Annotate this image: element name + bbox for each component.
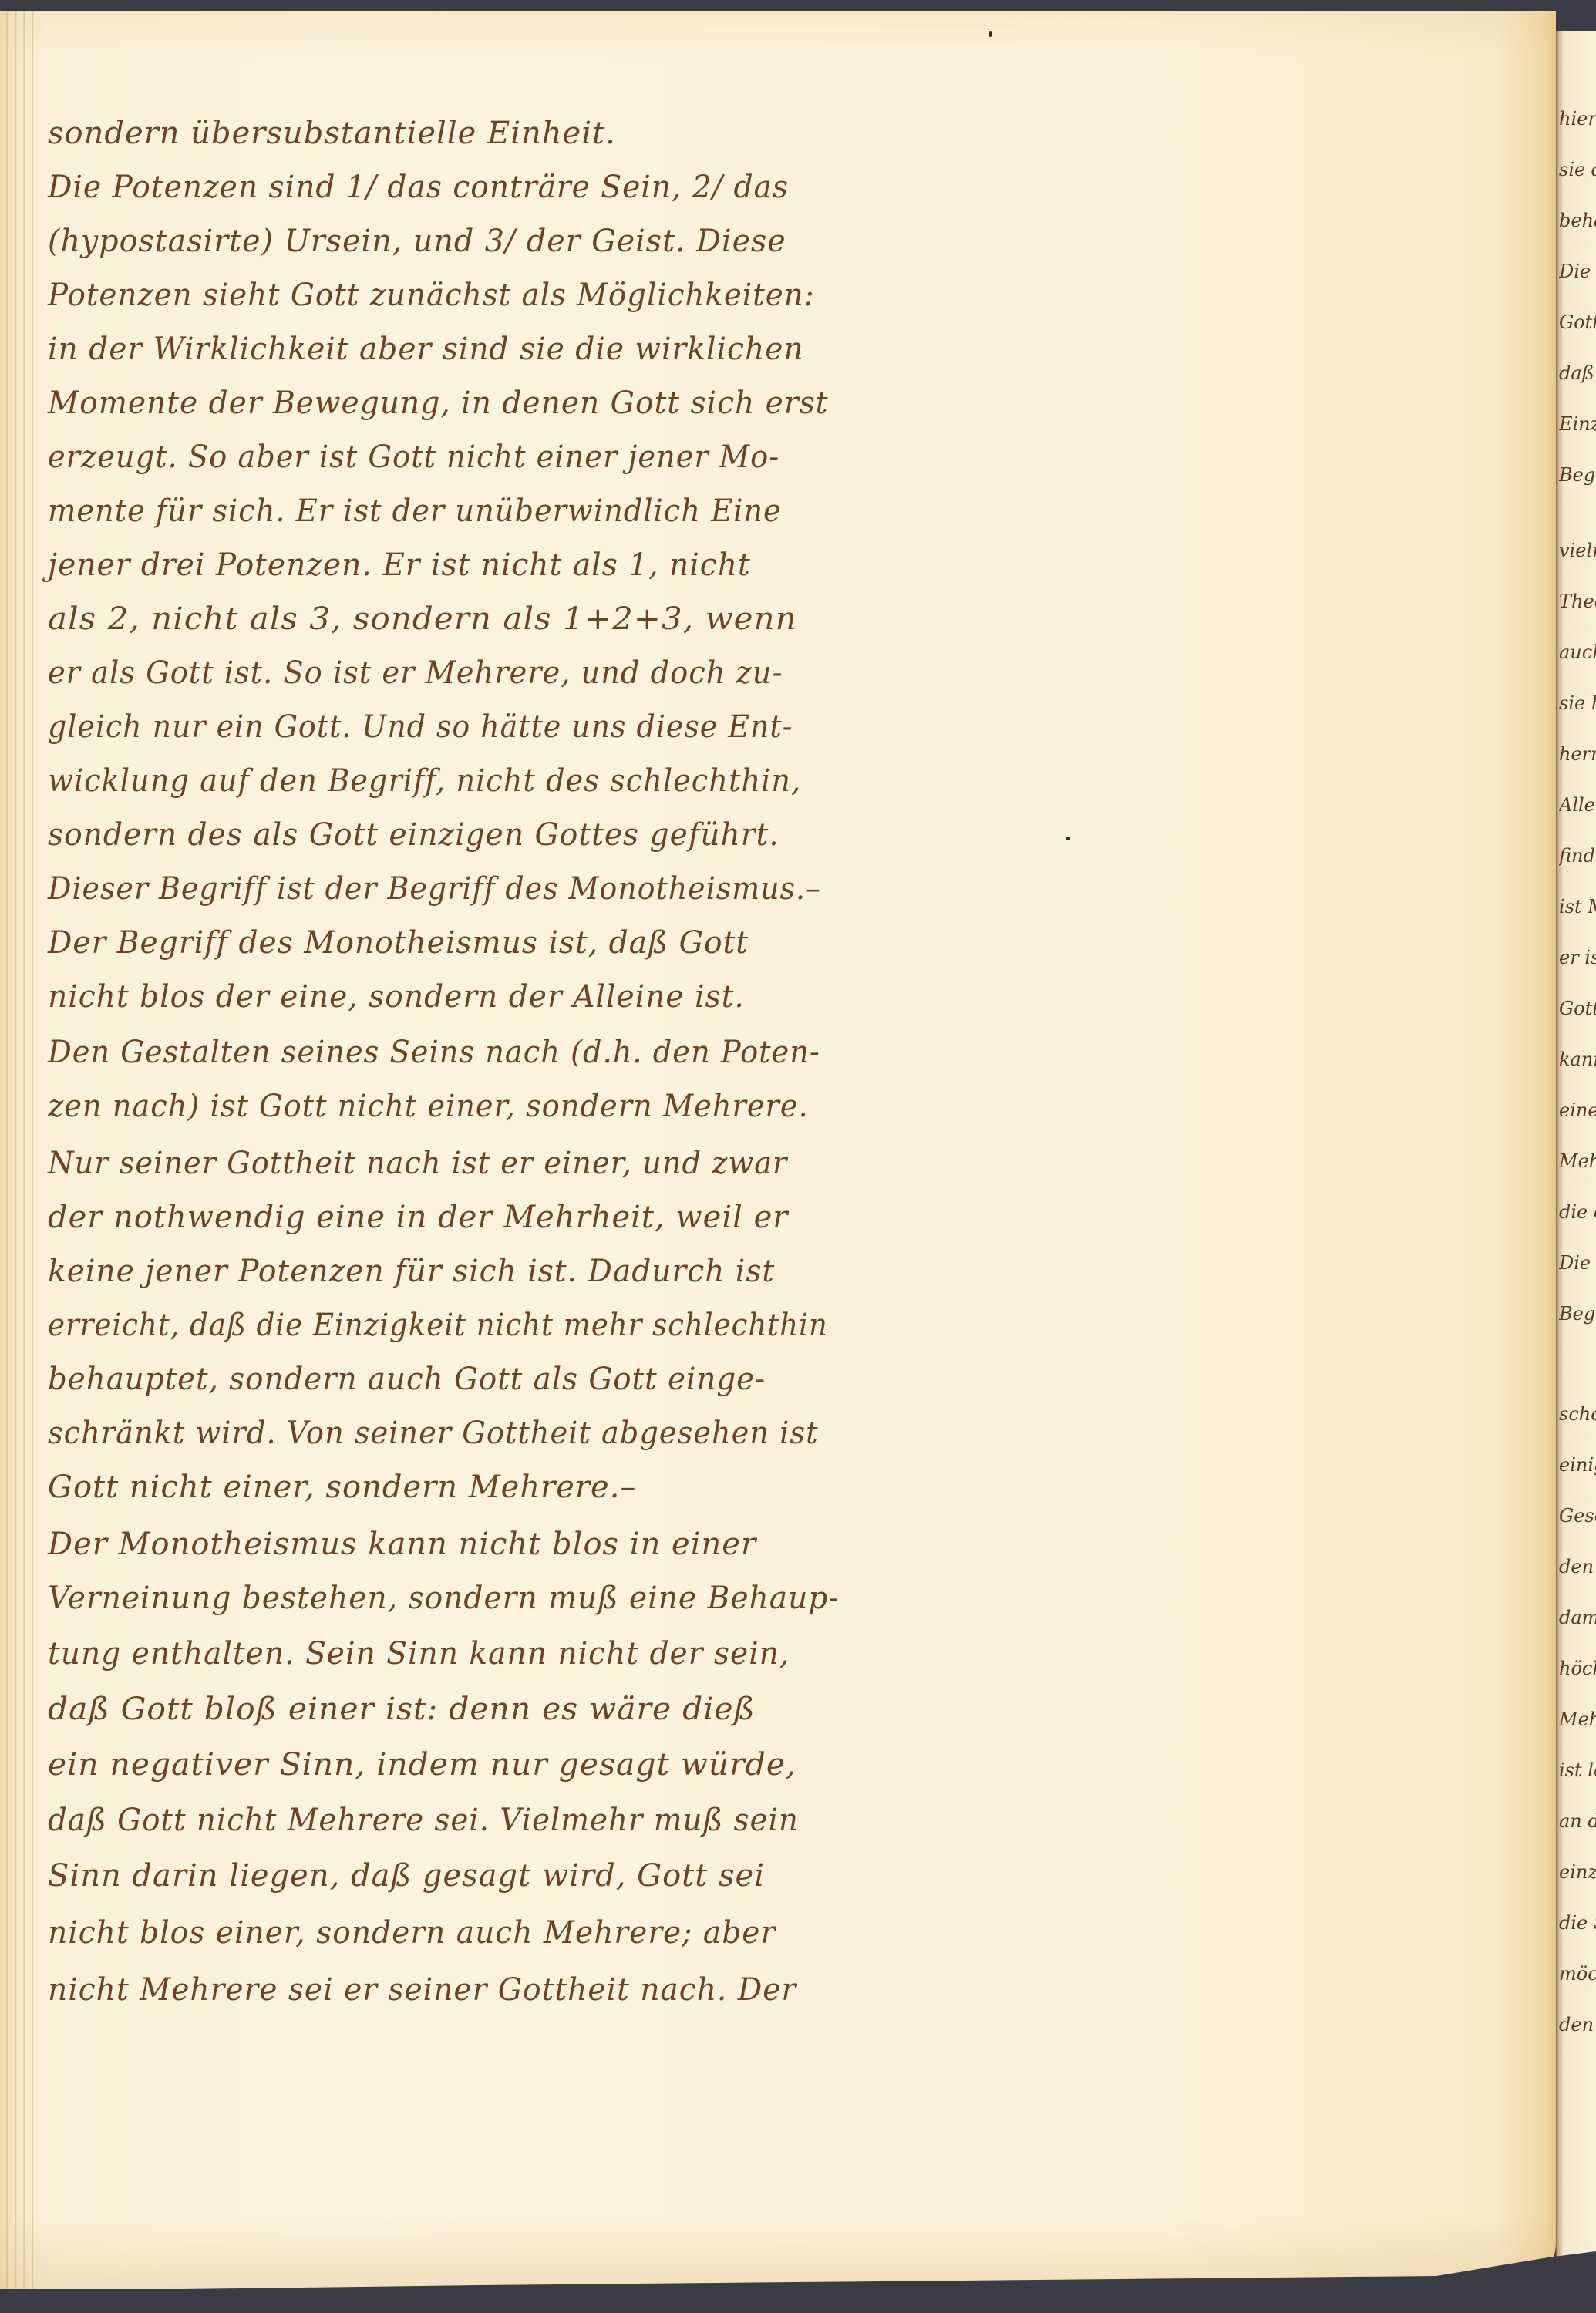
text-line: tung enthalten. Sein Sinn kann nicht der…: [48, 1636, 790, 1672]
adjacent-text-fragment: Mehrere fe: [1559, 1709, 1596, 1730]
adjacent-text-fragment: herrschend g: [1559, 743, 1596, 765]
adjacent-text-fragment: auch Tota: [1559, 641, 1596, 663]
adjacent-text-fragment: höchsten, d: [1559, 1658, 1596, 1679]
adjacent-text-fragment: die Stadt: [1559, 1912, 1596, 1934]
adjacent-text-fragment: damit ist: [1559, 1607, 1596, 1628]
binding-gutter: [0, 11, 37, 2289]
adjacent-text-fragment: den einzig: [1559, 1556, 1596, 1577]
text-line: schränkt wird. Von seiner Gottheit abges…: [48, 1416, 818, 1451]
text-line: Verneinung bestehen, sondern muß eine Be…: [48, 1581, 840, 1616]
adjacent-text-fragment: Die Einheit: [1559, 261, 1596, 282]
adjacent-text-fragment: Die Einh: [1559, 1252, 1596, 1274]
adjacent-text-fragment: sie die Ein: [1559, 159, 1596, 180]
adjacent-text-fragment: den Theolog: [1559, 2014, 1596, 2035]
adjacent-text-fragment: sie herrsch: [1559, 692, 1596, 714]
text-line: gleich nur ein Gott. Und so hätte uns di…: [48, 709, 793, 745]
adjacent-text-fragment: Gott vielm: [1559, 311, 1596, 333]
text-line: Nur seiner Gottheit nach ist er einer, u…: [48, 1146, 787, 1181]
adjacent-text-fragment: ist Mehrere: [1559, 896, 1596, 917]
text-line: Der Monotheismus kann nicht blos in eine…: [48, 1527, 756, 1562]
adjacent-text-fragment: einen Gott: [1559, 1099, 1596, 1121]
adjacent-text-fragment: er ist der: [1559, 947, 1596, 968]
text-line: zen nach) ist Gott nicht einer, sondern …: [48, 1089, 809, 1124]
text-line: daß Gott nicht Mehrere sei. Vielmehr muß…: [48, 1803, 799, 1838]
ink-speck: [1066, 837, 1070, 840]
text-line: er als Gott ist. So ist er Mehrere, und …: [48, 655, 783, 691]
text-line: der nothwendig eine in der Mehrheit, wei…: [48, 1200, 788, 1235]
adjacent-text-fragment: an das Ch: [1559, 1810, 1596, 1832]
text-line: Momente der Bewegung, in denen Gott sich…: [48, 385, 828, 421]
text-line: Sinn darin liegen, daß gesagt wird, Gott…: [48, 1858, 765, 1894]
adjacent-text-fragment: behauptet w: [1559, 210, 1596, 231]
adjacent-text-fragment: schon, Sei: [1559, 1403, 1596, 1425]
adjacent-text-fragment: kann erst G: [1559, 1049, 1596, 1070]
text-line: sondern übersubstantielle Einheit.: [48, 116, 616, 151]
text-line: nicht blos einer, sondern auch Mehrere; …: [48, 1915, 776, 1951]
text-line: Die Potenzen sind 1/ das conträre Sein, …: [48, 170, 789, 205]
adjacent-text-fragment: Alleinzig: [1559, 794, 1596, 816]
text-line: Der Begriff des Monotheismus ist, daß Go…: [48, 925, 749, 961]
adjacent-text-fragment: Gesetz fe: [1559, 1505, 1596, 1527]
text-line: (hypostasirte) Ursein, und 3/ der Geist.…: [48, 224, 786, 259]
text-line: jener drei Potenzen. Er ist nicht als 1,…: [48, 547, 751, 583]
text-line: nicht blos der eine, sondern der Alleine…: [48, 979, 745, 1015]
text-line: behauptet, sondern auch Gott als Gott ei…: [48, 1362, 766, 1397]
adjacent-text-fragment: möchte die: [1559, 1963, 1596, 1985]
adjacent-text-fragment: findet nich: [1559, 845, 1596, 867]
adjacent-text-fragment: einzige G: [1559, 1861, 1596, 1883]
adjacent-text-fragment: Gott ist Gott: [1559, 998, 1596, 1019]
text-line: Gott nicht einer, sondern Mehrere.–: [48, 1470, 636, 1505]
adjacent-text-fragment: hier ist d: [1559, 108, 1596, 130]
text-line: Potenzen sieht Gott zunächst als Möglich…: [48, 278, 815, 313]
adjacent-text-fragment: Begriff.: [1559, 464, 1596, 486]
adjacent-text-fragment: vielmehr: [1559, 540, 1596, 561]
text-line: daß Gott bloß einer ist: denn es wäre di…: [48, 1692, 756, 1727]
adjacent-text-fragment: ist leicht: [1559, 1759, 1596, 1781]
text-line: als 2, nicht als 3, sondern als 1+2+3, w…: [48, 601, 797, 637]
adjacent-text-fragment: Mehrere ist: [1559, 1150, 1596, 1172]
text-line: ein negativer Sinn, indem nur gesagt wür…: [48, 1747, 796, 1783]
text-line: Den Gestalten seines Seins nach (d.h. de…: [48, 1035, 820, 1070]
text-line: nicht Mehrere sei er seiner Gottheit nac…: [48, 1972, 796, 2008]
adjacent-text-fragment: die einfach: [1559, 1201, 1596, 1223]
adjacent-page-text: hier ist d sie die Ein behauptet w Die E…: [1559, 108, 1596, 2251]
ink-speck: [989, 31, 992, 37]
text-line: Dieser Begriff ist der Begriff des Monot…: [48, 871, 821, 907]
adjacent-text-fragment: Begriff: [1559, 1303, 1596, 1325]
text-line: mente für sich. Er ist der unüberwindlic…: [48, 493, 782, 529]
text-line: sondern des als Gott einzigen Gottes gef…: [48, 817, 779, 853]
text-line: erzeugt. So aber ist Gott nicht einer je…: [48, 439, 779, 475]
text-line: in der Wirklichkeit aber sind sie die wi…: [48, 332, 804, 367]
adjacent-text-fragment: Einzige f: [1559, 413, 1596, 435]
text-line: keine jener Potenzen für sich ist. Dadur…: [48, 1254, 775, 1289]
text-line: erreicht, daß die Einzigkeit nicht mehr …: [48, 1308, 828, 1343]
text-line: wicklung auf den Begriff, nicht des schl…: [48, 763, 801, 799]
adjacent-text-fragment: einige Lehre: [1559, 1454, 1596, 1476]
adjacent-text-fragment: Theolog: [1559, 591, 1596, 612]
adjacent-text-fragment: daß Gott n: [1559, 362, 1596, 384]
